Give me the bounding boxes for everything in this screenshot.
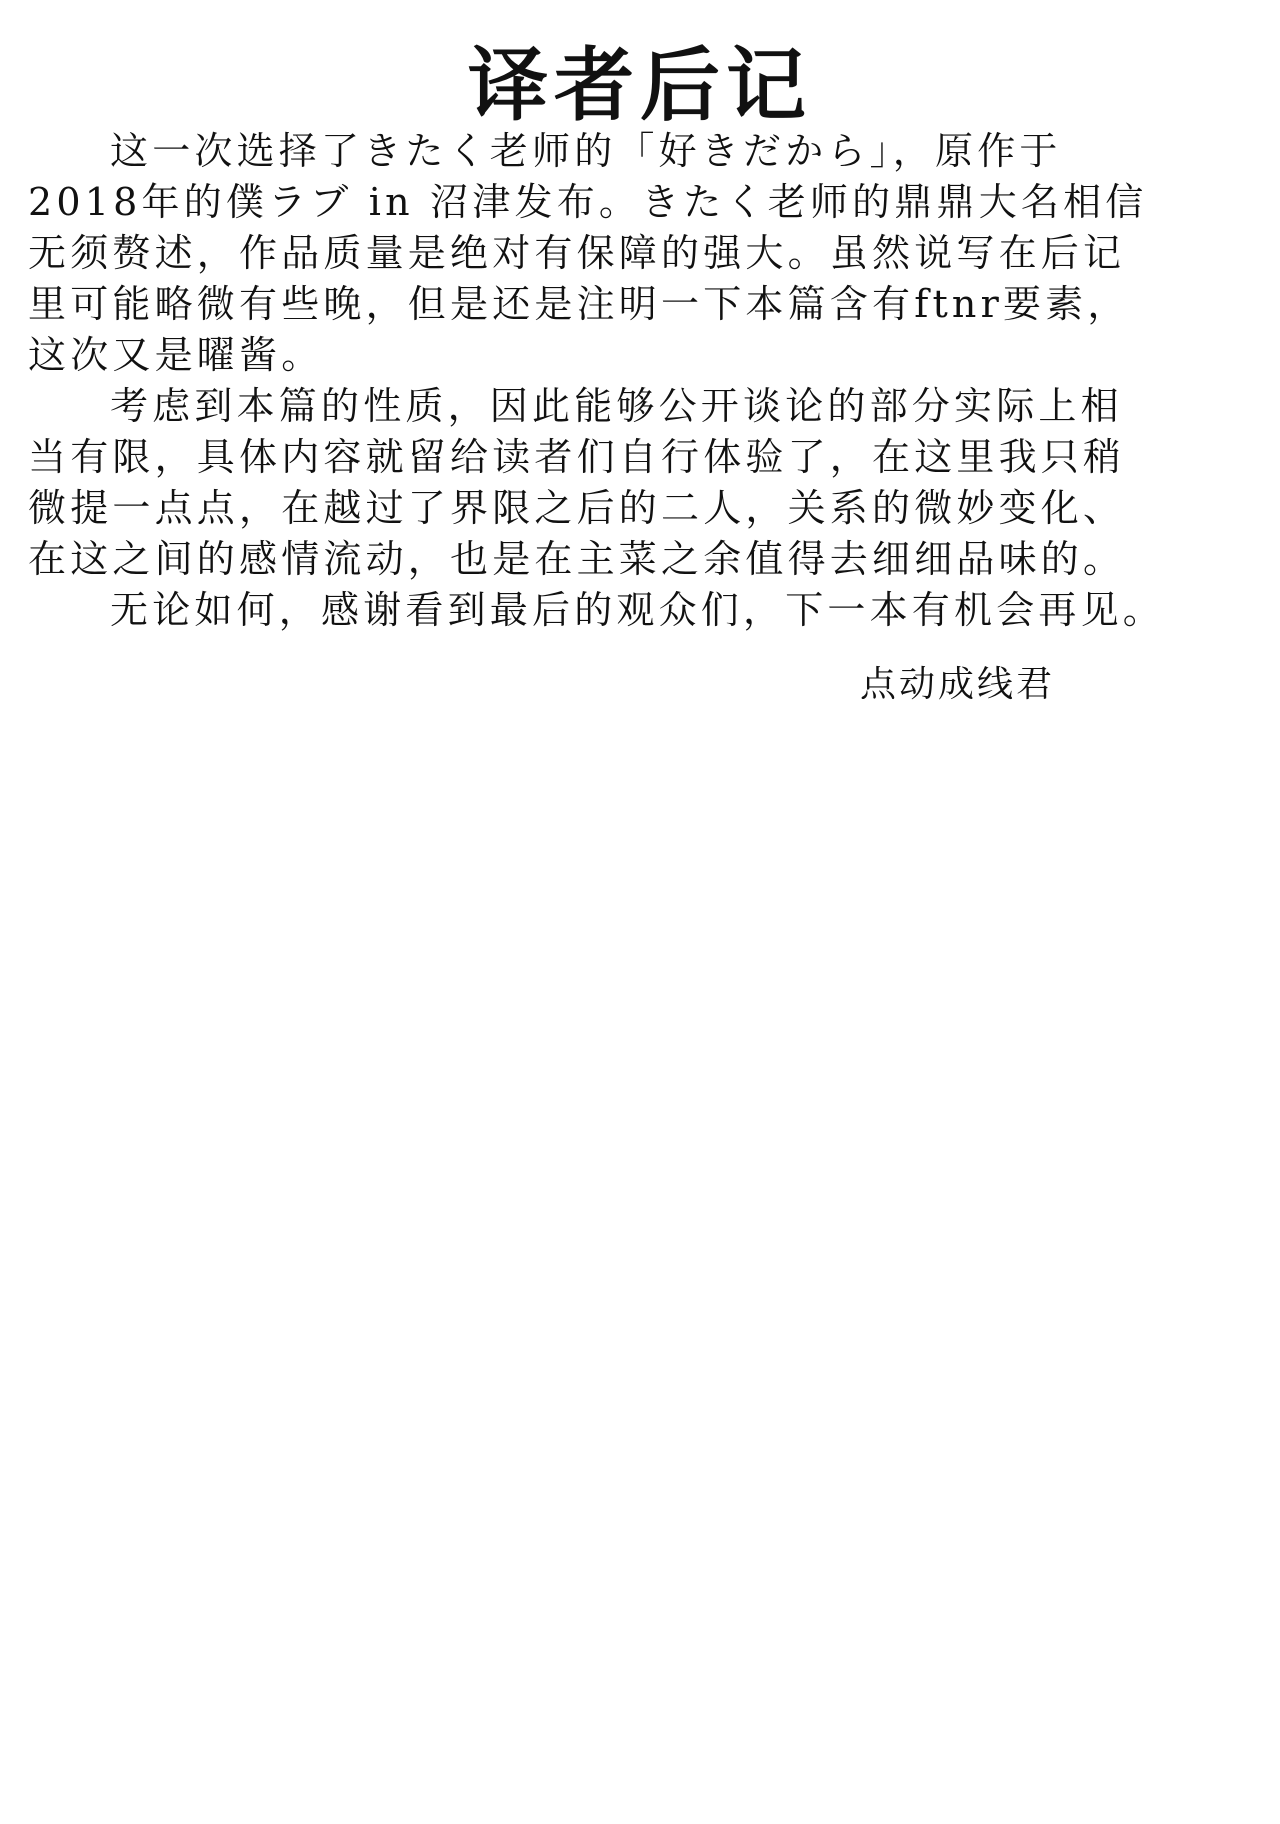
paragraph-3: 无论如何，感谢看到最后的观众们，下一本有机会再见。 <box>28 585 1268 636</box>
afterword-page: 译者后记 这一次选择了きたく老师的「好きだから」，原作于 2018年的僕ラブ i… <box>0 0 1280 1824</box>
translator-signature: 点动成线君 <box>860 660 1055 710</box>
text-line: 考虑到本篇的性质，因此能够公开谈论的部分实际上相 <box>28 381 1268 432</box>
text-line: 这次又是曜酱。 <box>28 330 1268 381</box>
text-line: 无须赘述，作品质量是绝对有保障的强大。虽然说写在后记 <box>28 228 1268 279</box>
text-line: 无论如何，感谢看到最后的观众们，下一本有机会再见。 <box>28 585 1268 636</box>
text-line: 里可能略微有些晚，但是还是注明一下本篇含有ftnr要素， <box>28 279 1268 330</box>
afterword-body: 这一次选择了きたく老师的「好きだから」，原作于 2018年的僕ラブ in 沼津发… <box>28 126 1268 636</box>
text-line: 这一次选择了きたく老师的「好きだから」，原作于 <box>28 126 1268 177</box>
text-line: 在这之间的感情流动，也是在主菜之余值得去细细品味的。 <box>28 534 1268 585</box>
paragraph-1: 这一次选择了きたく老师的「好きだから」，原作于 2018年的僕ラブ in 沼津发… <box>28 126 1268 381</box>
text-line: 微提一点点，在越过了界限之后的二人，关系的微妙变化、 <box>28 483 1268 534</box>
paragraph-2: 考虑到本篇的性质，因此能够公开谈论的部分实际上相 当有限，具体内容就留给读者们自… <box>28 381 1268 585</box>
page-title: 译者后记 <box>0 40 1280 130</box>
text-line: 2018年的僕ラブ in 沼津发布。きたく老师的鼎鼎大名相信 <box>28 177 1268 228</box>
text-line: 当有限，具体内容就留给读者们自行体验了，在这里我只稍 <box>28 432 1268 483</box>
